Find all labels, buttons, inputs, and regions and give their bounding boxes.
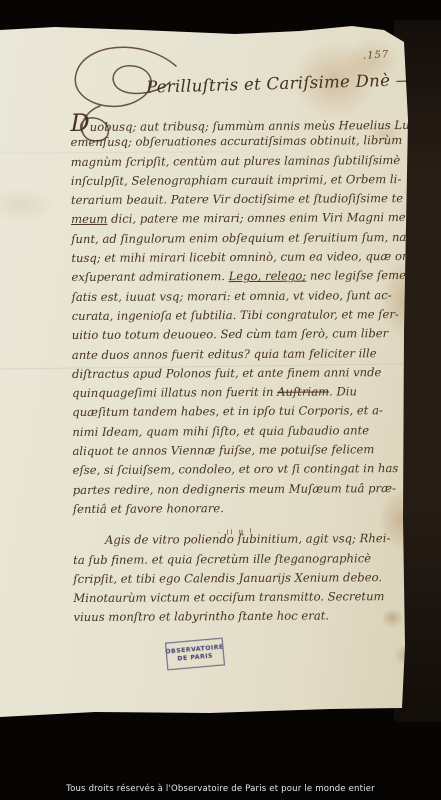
manuscript-line: terarium beauit. Patere Vir doctiſsime e… [71,189,416,210]
manuscript-line: meum dici, patere me mirari; omnes enim … [71,208,416,229]
manuscript-line: tusq; et mihi mirari licebit omninò, cum… [71,247,416,268]
manuscript-line: aliquot te annos Viennæ fuiſse, me potui… [72,440,417,461]
observatoire-stamp: OBSERVATOIRE DE PARIS [165,638,225,671]
manuscript-line: emenſusq; obſeruationes accuratiſsimas o… [71,131,416,152]
manuscript-line: eſse, si ſciuiſsem, condoleo, et oro vt … [73,459,418,480]
manuscript-line: Minotaurùm victum et occiſum transmitto.… [73,587,418,608]
manuscript-line: uitio tuo totum deuoueo. Sed cùm tam ſer… [72,324,417,345]
manuscript-line: diſtractus apud Polonos fuit, et ante fi… [72,363,417,384]
manuscript-line: ante duos annos fuerit editus? quia tam … [72,344,417,365]
scanned-manuscript-photo: .157 Perilluſtris et Cariſsime Dnè — Duo… [0,0,441,800]
folio-number: .157 [363,49,390,61]
manuscript-line: ſentiâ et favore honorare. [73,498,418,519]
copyright-caption: Tous droits réservés à l'Observatoire de… [0,784,441,794]
stamp-line-2: DE PARIS [177,652,213,663]
manuscript-line: viuus monſtro et labyrintho ſtante hoc e… [73,606,418,627]
manuscript-line: ſcripſit, et tibi ego Calendis Januarijs… [73,568,418,589]
manuscript-line: quæſitum tandem habes, et in ipſo tui Co… [72,401,417,422]
manuscript-line: Duobusq; aut tribusq; ſummùm annis meùs … [70,112,415,133]
manuscript-line: partes redire, non dedigneris meum Muſæu… [73,479,418,500]
manuscript-line: nimi Ideam, quam mihi ſiſto, et quia ſub… [72,421,417,442]
manuscript-line: magnùm ſcripſit, centùm aut plures lamin… [71,151,416,172]
manuscript-line: ſatis est, iuuat vsq; morari: et omnia, … [71,286,416,307]
manuscript-line: ta ſub finem. et quia ſecretùm ille ſteg… [73,548,418,569]
manuscript-line: ſunt, ad ſingulorum enim obſequium et ſe… [71,228,416,249]
manuscript-line: quinquageſimi illatus non fuerit in Auſt… [72,382,417,403]
letter-body: Duobusq; aut tribusq; ſummùm annis meùs … [70,112,418,628]
manuscript-line: inſculpſit, Selenographiam curauit impri… [71,170,416,191]
manuscript-line: exſuperant admirationem. Lego, relego; n… [71,266,416,287]
manuscript-line: curata, ingenioſa et ſubtilia. Tibi cong… [72,305,417,326]
manuscript-page: .157 Perilluſtris et Cariſsime Dnè — Duo… [0,0,412,722]
